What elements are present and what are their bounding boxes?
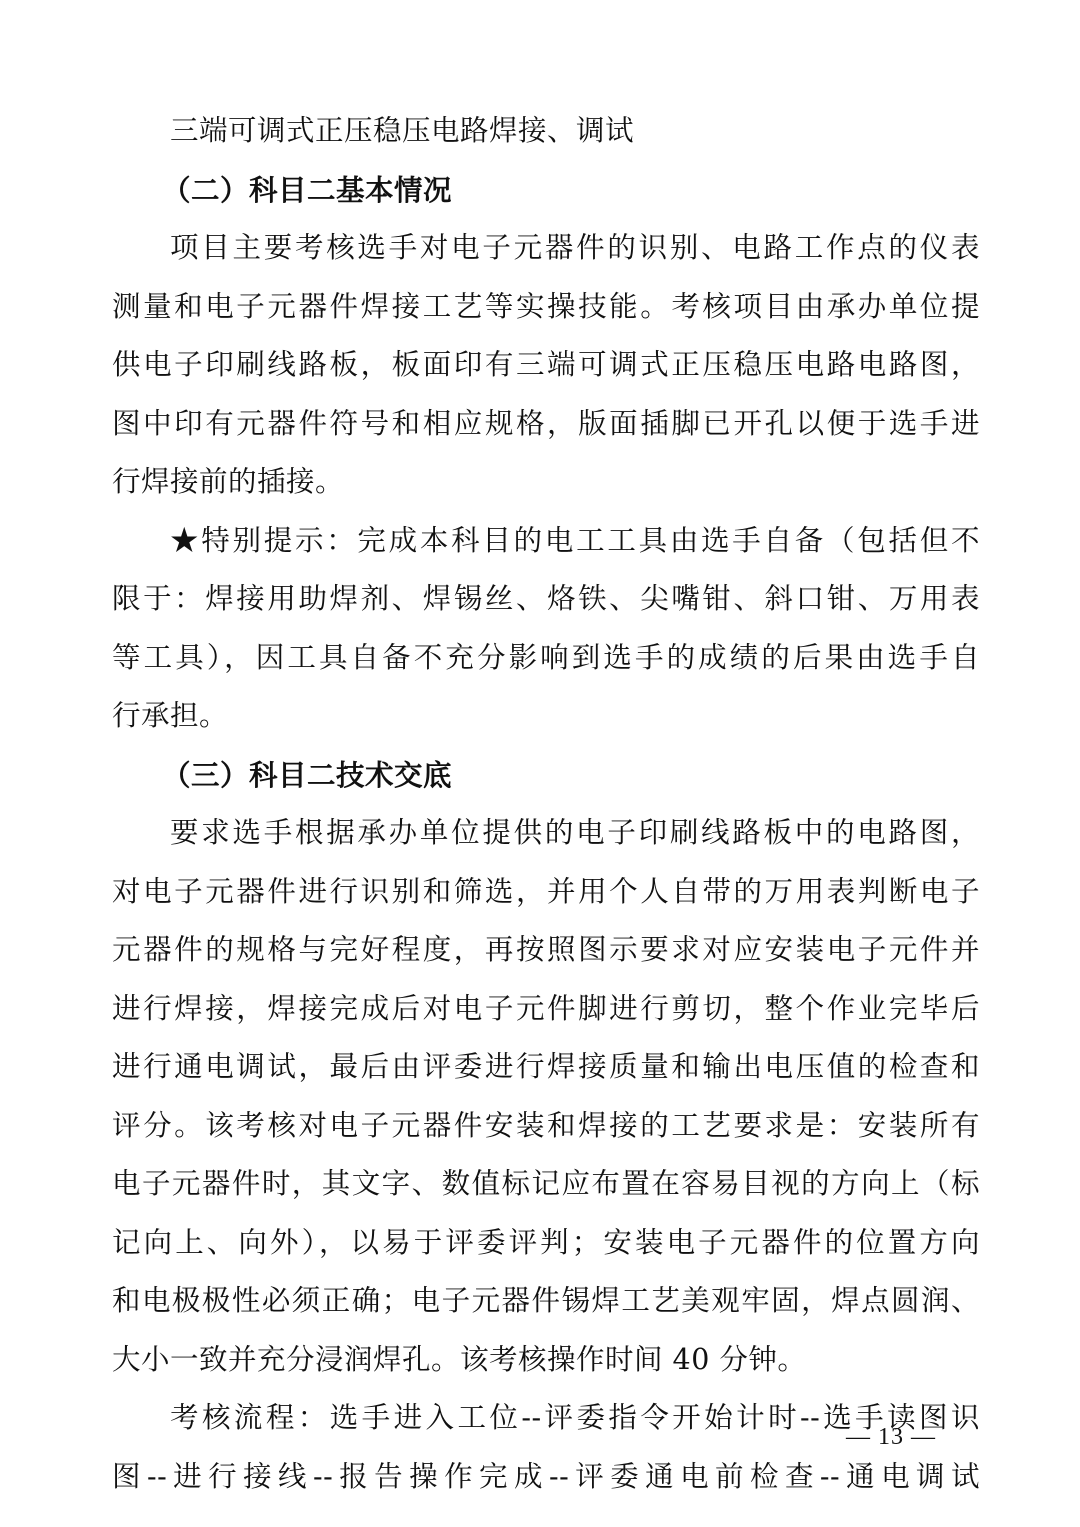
text-line: 三端可调式正压稳压电路焊接、调试 [112,108,980,167]
text-line: 评分。该考核对电子元器件安装和焊接的工艺要求是：安装所有 [112,1103,980,1162]
special-note-line: ★特别提示：完成本科目的电工工具由选手自备（包括但不 [112,518,980,577]
text-line: 测量和电子元器件焊接工艺等实操技能。考核项目由承办单位提 [112,284,980,343]
text-line: 对电子元器件进行识别和筛选，并用个人自带的万用表判断电子 [112,869,980,928]
document-page: 三端可调式正压稳压电路焊接、调试 （二）科目二基本情况 项目主要考核选手对电子元… [112,108,980,1512]
text-line: 元器件的规格与完好程度，再按照图示要求对应安装电子元件并 [112,927,980,986]
text-line: 项目主要考核选手对电子元器件的识别、电路工作点的仪表 [112,225,980,284]
page-number: — 13 — [846,1424,936,1451]
text-line: 进行焊接，焊接完成后对电子元件脚进行剪切，整个作业完毕后 [112,986,980,1045]
text-line: 要求选手根据承办单位提供的电子印刷线路板中的电路图， [112,810,980,869]
section-heading-3: （三）科目二技术交底 [112,752,980,811]
text-line: 大小一致并充分浸润焊孔。该考核操作时间 40 分钟。 [112,1337,980,1396]
text-line: 供电子印刷线路板，板面印有三端可调式正压稳压电路电路图， [112,342,980,401]
section-heading-2: （二）科目二基本情况 [112,167,980,226]
text-line: 等工具），因工具自备不充分影响到选手的成绩的后果由选手自 [112,635,980,694]
text-line: 限于：焊接用助焊剂、焊锡丝、烙铁、尖嘴钳、斜口钳、万用表 [112,576,980,635]
text-line: 电子元器件时，其文字、数值标记应布置在容易目视的方向上（标 [112,1161,980,1220]
text-line: 进行通电调试，最后由评委进行焊接质量和输出电压值的检查和 [112,1044,980,1103]
text-line: 行承担。 [112,693,980,752]
process-flow-line: 图--进行接线--报告操作完成--评委通电前检查--通电调试 [112,1454,980,1513]
text-line: 行焊接前的插接。 [112,459,980,518]
text-line: 图中印有元器件符号和相应规格，版面插脚已开孔以便于选手进 [112,401,980,460]
text-line: 和电极极性必须正确；电子元器件锡焊工艺美观牢固，焊点圆润、 [112,1278,980,1337]
text-line: 记向上、向外），以易于评委评判；安装电子元器件的位置方向 [112,1220,980,1279]
